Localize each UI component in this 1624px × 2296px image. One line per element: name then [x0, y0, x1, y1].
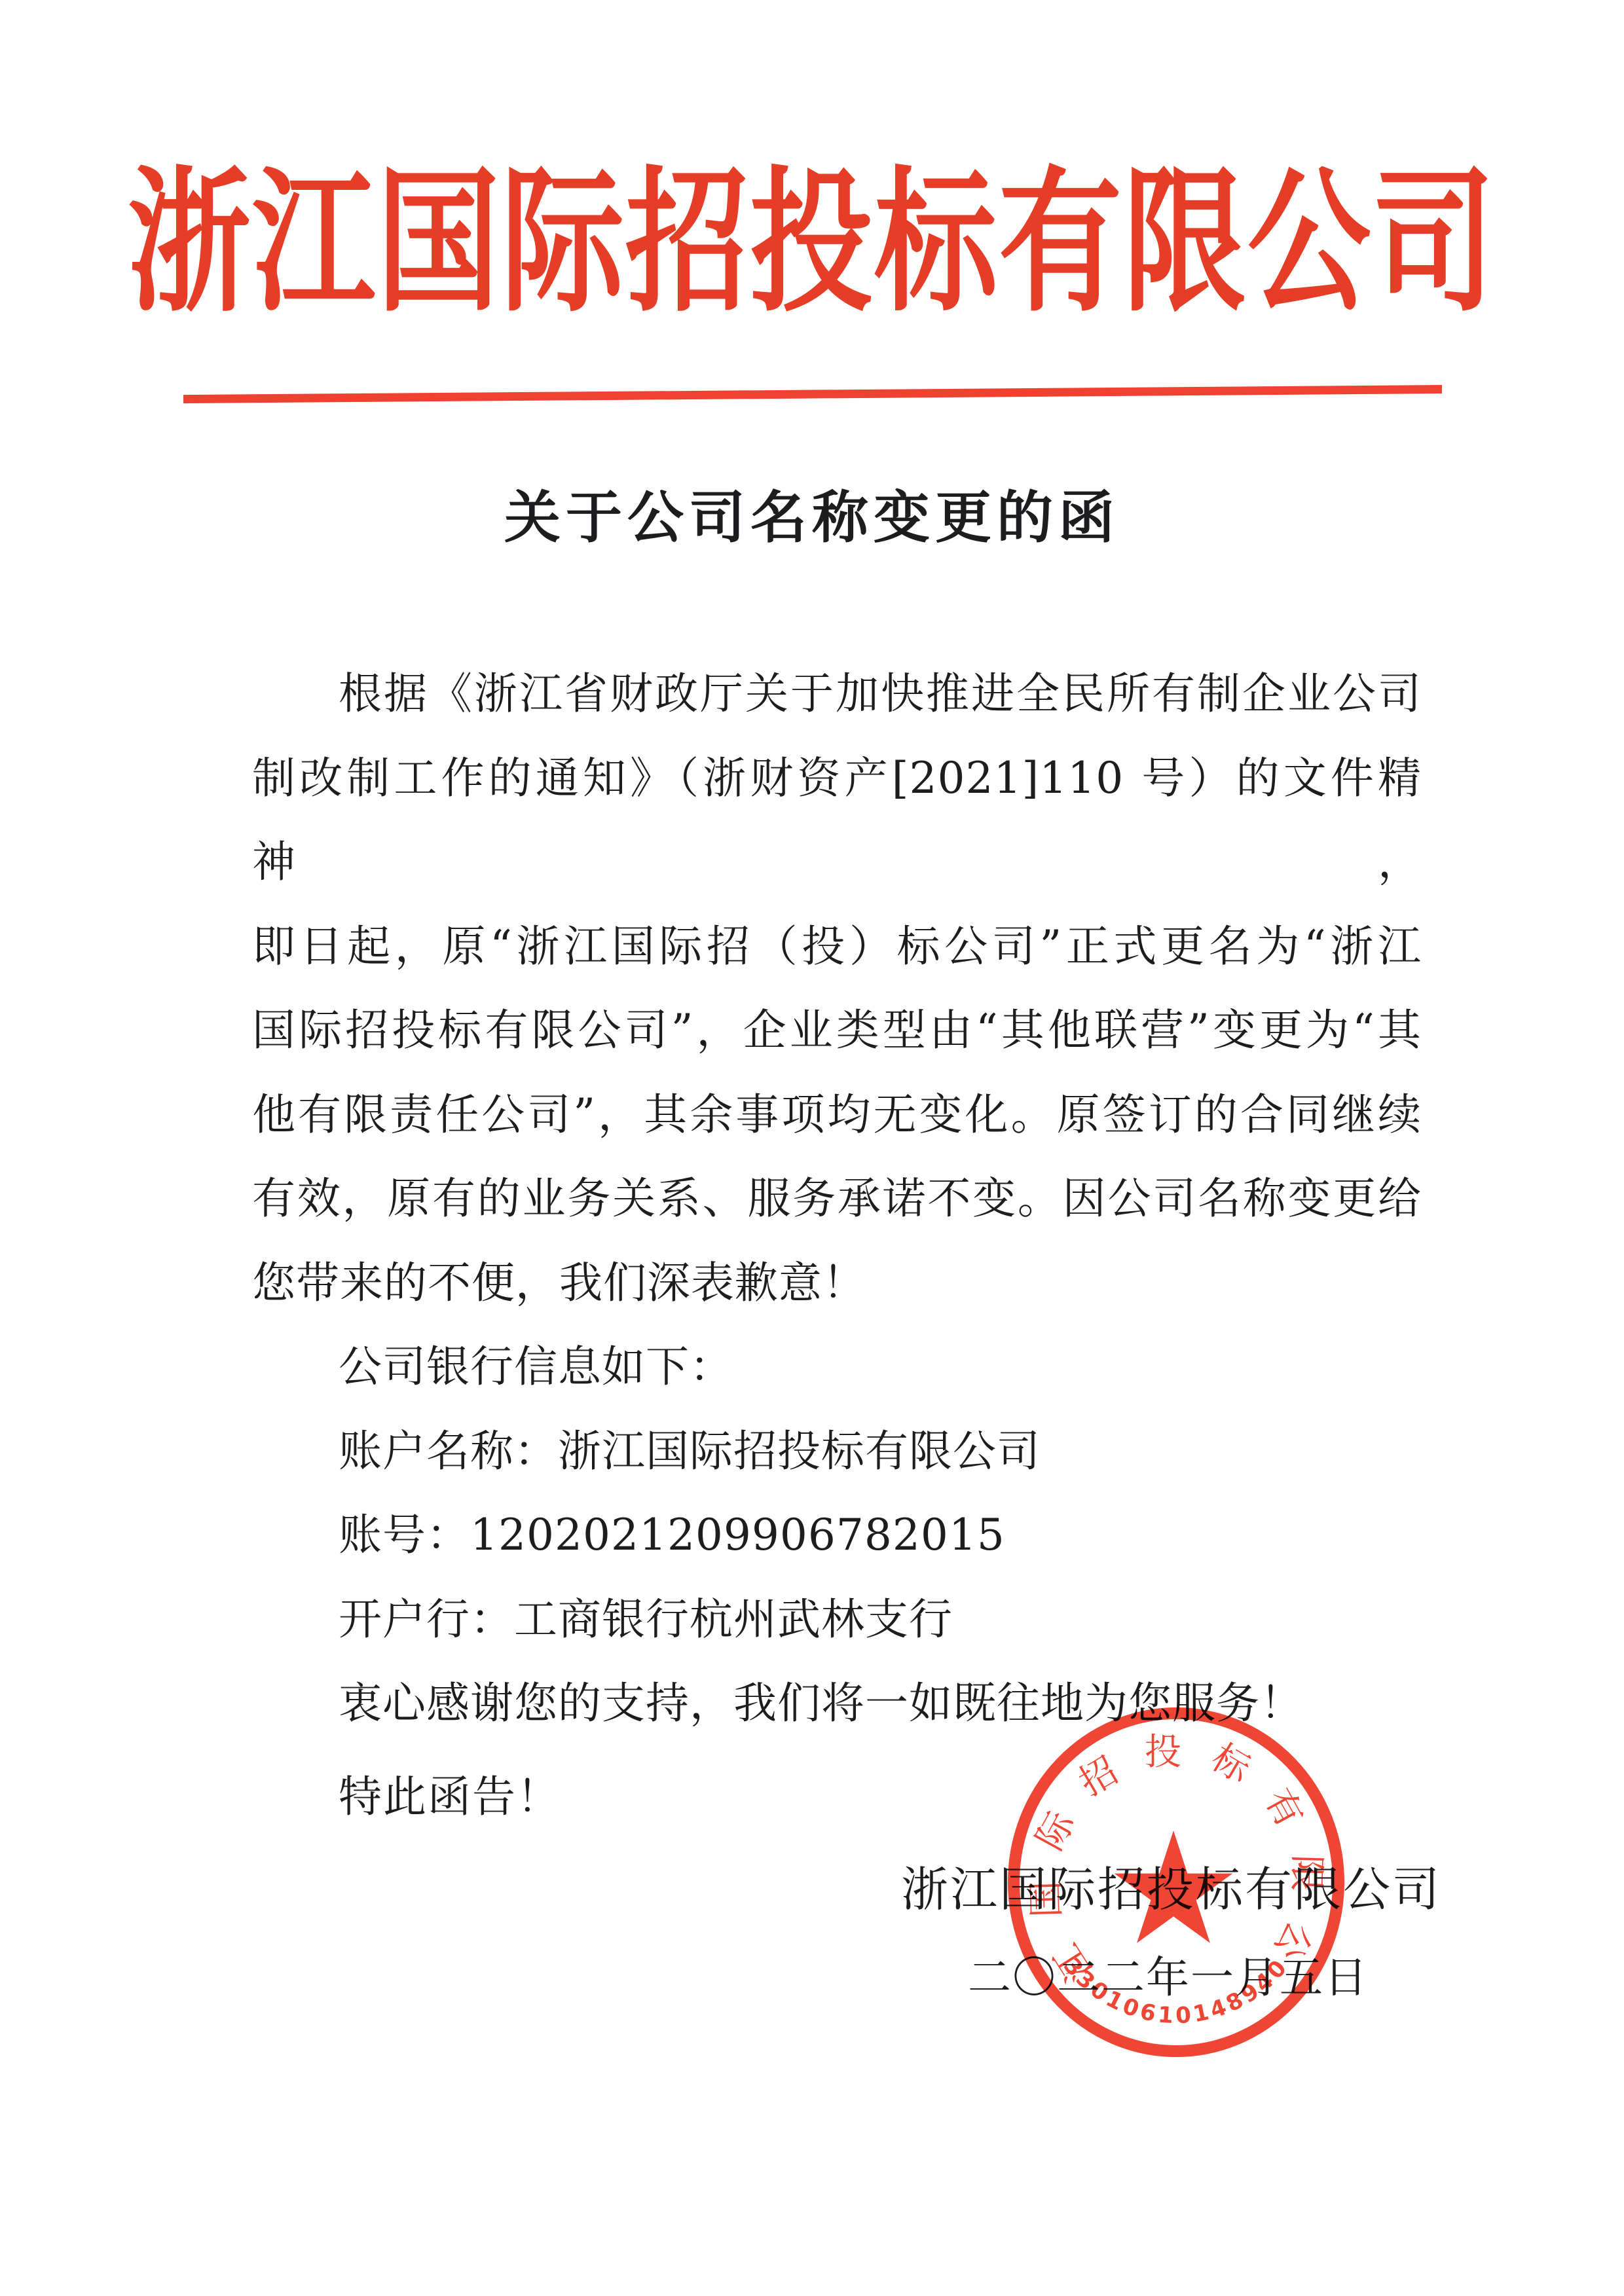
scanned-letter-page: 浙江国际招投标有限公司 关于公司名称变更的函 根据《浙江省财政厅关于加快推进全民…	[0, 0, 1624, 2296]
body-line: 即日起，原“浙江国际招（投）标公司”正式更名为“浙江	[252, 905, 1422, 989]
body-line: 有效，原有的业务关系、服务承诺不变。因公司名称变更给	[252, 1157, 1422, 1241]
body-line: 根据《浙江省财政厅关于加快推进全民所有制企业公司	[252, 652, 1422, 737]
body-line: 他有限责任公司”，其余事项均无变化。原签订的合同继续	[252, 1073, 1422, 1157]
stamp-arc-company-name: 浙江国际招投标有限公司	[993, 1699, 1328, 1990]
body-line-bank-branch: 开户行：工商银行杭州武林支行	[252, 1578, 1422, 1662]
body-line-account-number: 账号：1202021209906782015	[252, 1493, 1422, 1578]
company-seal-stamp: 浙江国际招投标有限公司 33010610148940	[993, 1699, 1359, 2072]
body-line-bank-info-heading: 公司银行信息如下：	[252, 1325, 1422, 1410]
letterhead-divider-line	[183, 385, 1442, 403]
svg-text:浙江国际招投标有限公司: 浙江国际招投标有限公司	[993, 1699, 1328, 1990]
document-title: 关于公司名称变更的函	[0, 490, 1624, 546]
stamp-star-icon	[1115, 1831, 1233, 1943]
letter-body: 根据《浙江省财政厅关于加快推进全民所有制企业公司 制改制工作的通知》（浙财资产[…	[252, 652, 1422, 1746]
letterhead-company-name: 浙江国际招投标有限公司	[0, 165, 1624, 320]
body-line: 您带来的不便，我们深表歉意！	[252, 1241, 1422, 1326]
body-line: 制改制工作的通知》（浙财资产[2021]110 号）的文件精神，	[252, 737, 1422, 905]
body-line-account-name: 账户名称：浙江国际招投标有限公司	[252, 1410, 1422, 1494]
body-line: 国际招投标有限公司”，企业类型由“其他联营”变更为“其	[252, 989, 1422, 1073]
closing-statement: 特此函告！	[339, 1776, 561, 1819]
